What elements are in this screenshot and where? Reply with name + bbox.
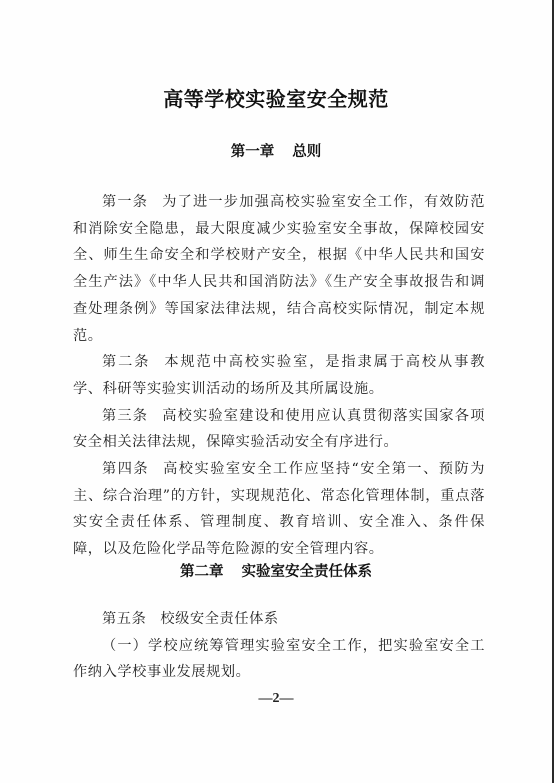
chapter-name: 实验室安全责任体系 <box>242 564 373 580</box>
chapter-heading-1: 第一章总则 <box>0 142 552 162</box>
document-page: 高等学校实验室安全规范 第一章总则 第一条为了进一步加强高校实验室安全工作，有效… <box>0 0 554 783</box>
article-3: 第三条高校实验室建设和使用应认真贯彻落实国家各项安全相关法律法规，保障实验活动安… <box>73 403 485 456</box>
chapter-number: 第二章 <box>180 564 224 580</box>
article-number: 第三条 <box>102 408 148 424</box>
article-2: 第二条本规范中高校实验室，是指隶属于高校从事教学、科研等实验实训活动的场所及其所… <box>73 349 485 402</box>
clause-text: （一）学校应统筹管理实验室安全工作，把实验室安全工作纳入学校事业发展规划。 <box>73 638 485 681</box>
article-text: 校级安全责任体系 <box>160 611 278 627</box>
article-number: 第二条 <box>102 354 150 370</box>
article-5-clause-1: （一）学校应统筹管理实验室安全工作，把实验室安全工作纳入学校事业发展规划。 <box>73 633 485 686</box>
article-5: 第五条校级安全责任体系 <box>73 606 485 633</box>
article-4: 第四条高校实验室安全工作应坚持“安全第一、预防为主、综合治理”的方针，实现规范化… <box>73 456 485 563</box>
page-number: —2— <box>0 689 552 709</box>
chapter-number: 第一章 <box>231 144 275 160</box>
chapter-name: 总则 <box>292 144 321 160</box>
chapter-2-body: 第五条校级安全责任体系 （一）学校应统筹管理实验室安全工作，把实验室安全工作纳入… <box>73 606 485 686</box>
article-number: 第五条 <box>102 611 146 627</box>
article-number: 第四条 <box>102 461 149 477</box>
article-text: 为了进一步加强高校实验室安全工作，有效防范和消除安全隐患，最大限度减少实验室安全… <box>73 194 485 344</box>
chapter-1-body: 第一条为了进一步加强高校实验室安全工作，有效防范和消除安全隐患，最大限度减少实验… <box>73 189 485 563</box>
chapter-heading-2: 第二章实验室安全责任体系 <box>0 562 552 582</box>
document-title: 高等学校实验室安全规范 <box>0 86 552 112</box>
article-1: 第一条为了进一步加强高校实验室安全工作，有效防范和消除安全隐患，最大限度减少实验… <box>73 189 485 349</box>
article-number: 第一条 <box>102 194 148 210</box>
